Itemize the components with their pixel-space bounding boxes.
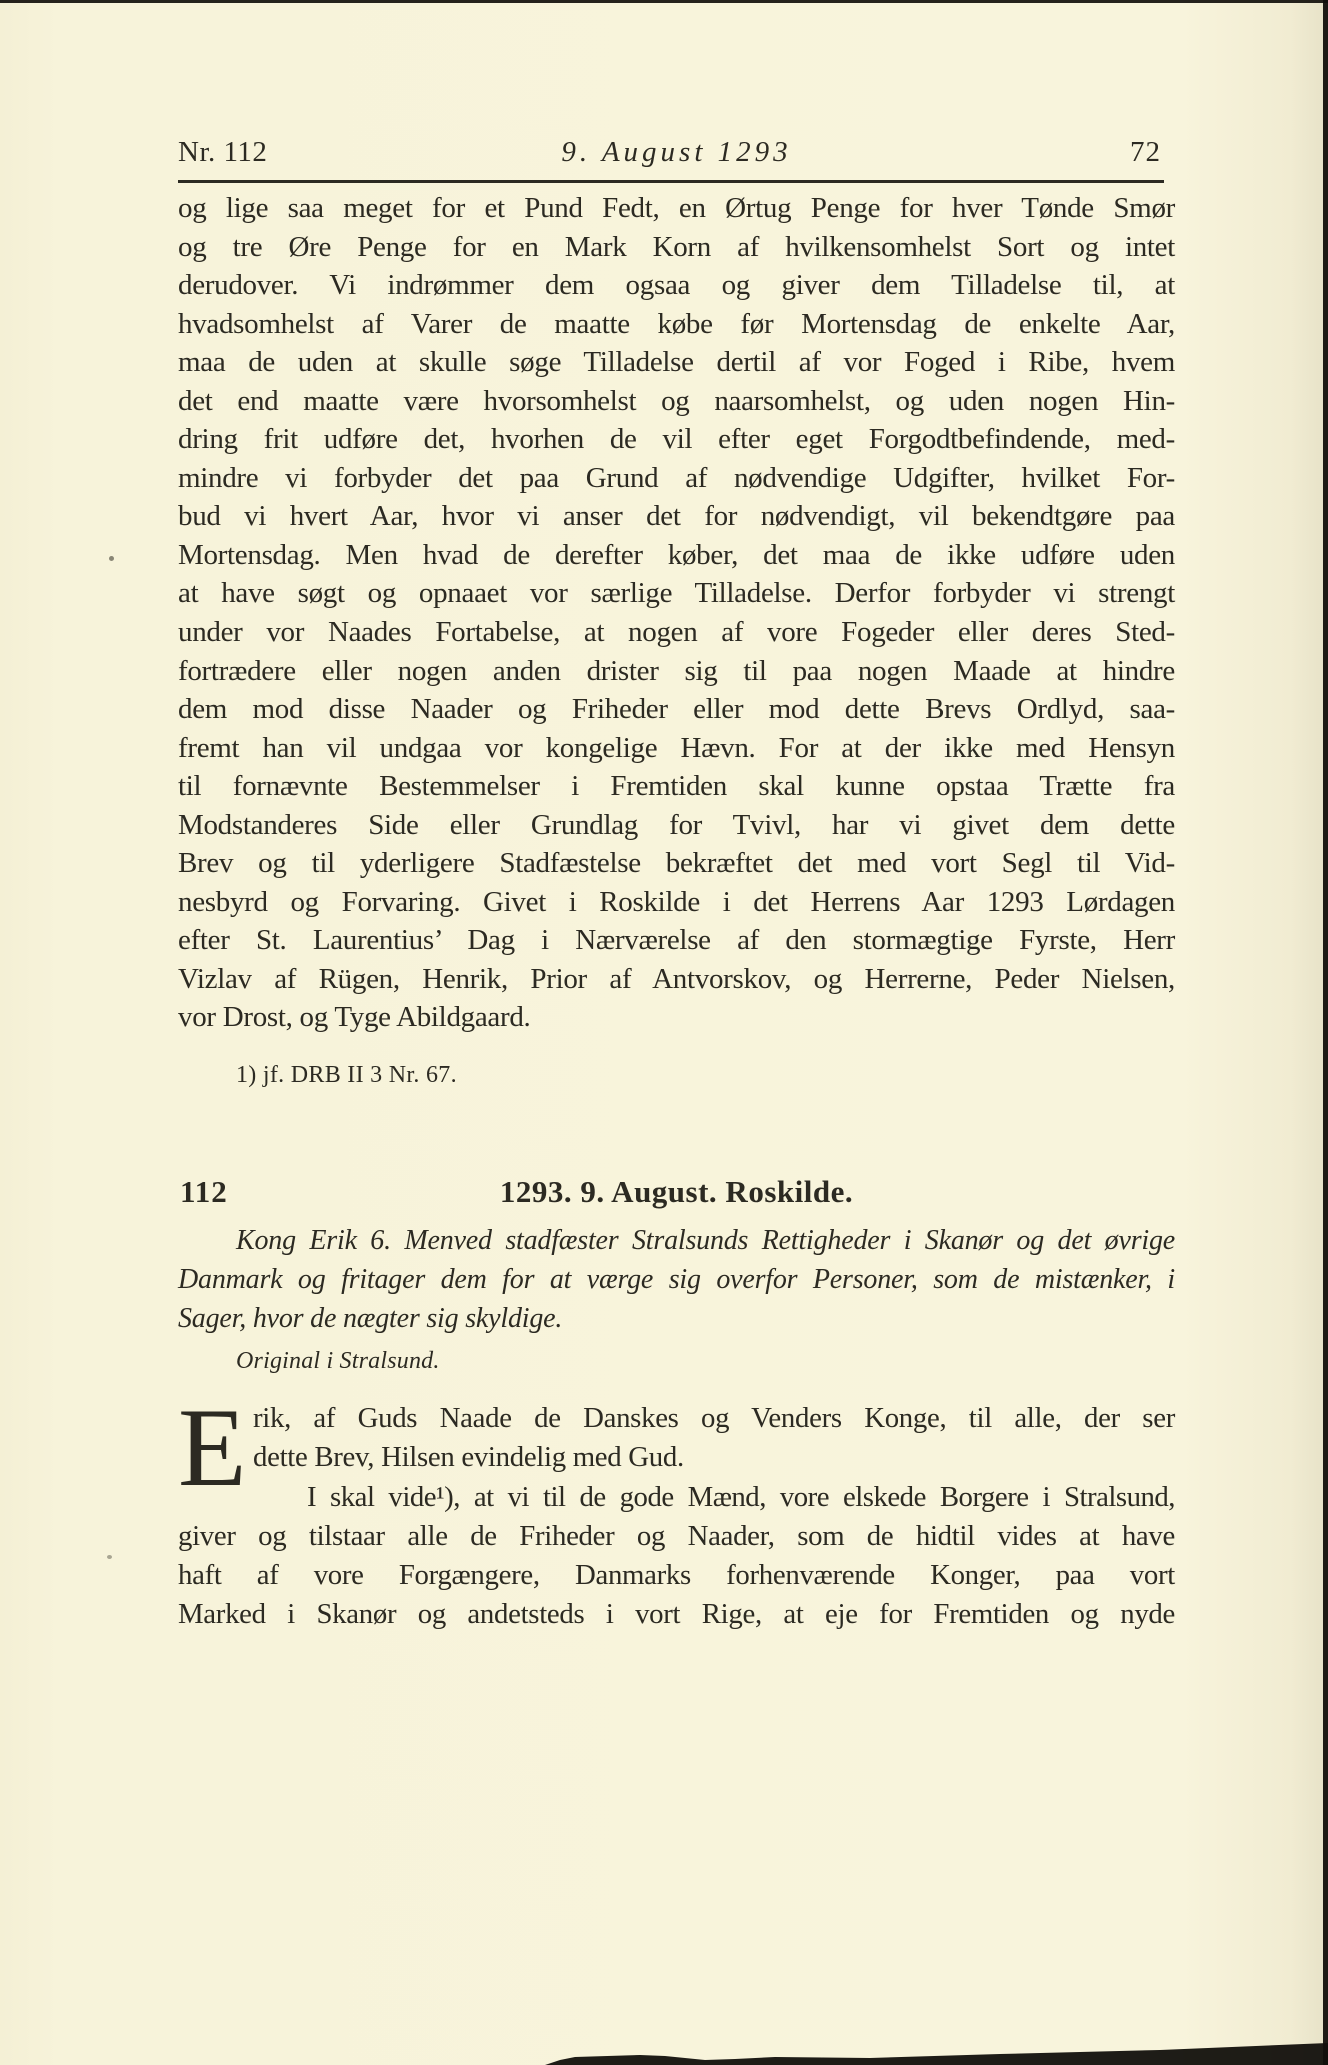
text-line: Brev og til yderligere Stadfæstelse bekr… bbox=[178, 844, 1175, 883]
text-line: rik, af Guds Naade de Danskes og Venders… bbox=[178, 1399, 1175, 1438]
text-line: vor Drost, og Tyge Abildgaard. bbox=[178, 998, 1175, 1037]
text-line: det end maatte være hvorsomhelst og naar… bbox=[178, 382, 1175, 421]
source-note: Original i Stralsund. bbox=[178, 1348, 1233, 1375]
text-line: hvadsomhelst af Varer de maatte købe før… bbox=[178, 305, 1175, 344]
text-line: til fornævnte Bestemmelser i Fremtiden s… bbox=[178, 767, 1175, 806]
text-line: at have søgt og opnaaet vor særlige Till… bbox=[178, 574, 1175, 613]
entry-summary: Kong Erik 6. Menved stadfæster Stralsund… bbox=[178, 1221, 1175, 1338]
text-line: Danmark og fritager dem for at værge sig… bbox=[178, 1260, 1175, 1299]
text-line: bud vi hvert Aar, hvor vi anser det for … bbox=[178, 497, 1175, 536]
text-line: maa de uden at skulle søge Tilladelse de… bbox=[178, 343, 1175, 382]
text-line: dem mod disse Naader og Friheder eller m… bbox=[178, 690, 1175, 729]
drop-cap-initial: E bbox=[178, 1399, 244, 1478]
letter-paragraph: E rik, af Guds Naade de Danskes og Vende… bbox=[178, 1399, 1175, 1635]
text-line: Marked i Skanør og andetsteds i vort Rig… bbox=[178, 1595, 1175, 1634]
text-line: mindre vi forbyder det paa Grund af nødv… bbox=[178, 459, 1175, 498]
text-line: Sager, hvor de nægter sig skyldige. bbox=[178, 1299, 1175, 1338]
text-line: Mortensdag. Men hvad de derefter køber, … bbox=[178, 536, 1175, 575]
scanned-book-page: Nr. 112 9. August 1293 72 og lige saa me… bbox=[0, 0, 1328, 2065]
header-page-number: 72 bbox=[1130, 136, 1161, 169]
scan-speck bbox=[109, 556, 114, 561]
text-line: giver og tilstaar alle de Friheder og Na… bbox=[178, 1517, 1175, 1556]
scan-edge-right bbox=[1323, 0, 1328, 2065]
text-line: under vor Naades Fortabelse, at nogen af… bbox=[178, 613, 1175, 652]
scan-speck bbox=[107, 1555, 112, 1559]
text-line: fremt han vil undgaa vor kongelige Hævn.… bbox=[178, 729, 1175, 768]
doc1-body-paragraph: og lige saa meget for et Pund Fedt, en Ø… bbox=[178, 189, 1175, 1037]
text-line: Vizlav af Rügen, Henrik, Prior af Antvor… bbox=[178, 960, 1175, 999]
text-line: I skal vide¹), at vi til de gode Mænd, v… bbox=[178, 1478, 1175, 1517]
entry-heading-row: 112 1293. 9. August. Roskilde. bbox=[178, 1174, 1175, 1214]
text-line: og lige saa meget for et Pund Fedt, en Ø… bbox=[178, 189, 1175, 228]
text-line: og tre Øre Penge for en Mark Korn af hvi… bbox=[178, 228, 1175, 267]
text-line: nesbyrd og Forvaring. Givet i Roskilde i… bbox=[178, 883, 1175, 922]
text-line: Kong Erik 6. Menved stadfæster Stralsund… bbox=[178, 1221, 1175, 1260]
scan-edge-bottom bbox=[0, 2000, 1328, 2065]
header-rule bbox=[178, 180, 1164, 183]
text-line: derudover. Vi indrømmer dem ogsaa og giv… bbox=[178, 266, 1175, 305]
scan-edge-top bbox=[0, 0, 1328, 3]
text-line: fortrædere eller nogen anden drister sig… bbox=[178, 652, 1175, 691]
page-header: Nr. 112 9. August 1293 72 bbox=[178, 136, 1175, 172]
entry-date-place: 1293. 9. August. Roskilde. bbox=[178, 1174, 1175, 1210]
text-line: Modstanderes Side eller Grundlag for Tvi… bbox=[178, 806, 1175, 845]
text-line: efter St. Laurentius’ Dag i Nærværelse a… bbox=[178, 921, 1175, 960]
text-line: haft af vore Forgængere, Danmarks forhen… bbox=[178, 1556, 1175, 1595]
text-line: dring frit udføre det, hvorhen de vil ef… bbox=[178, 420, 1175, 459]
doc1-footnote: 1) jf. DRB II 3 Nr. 67. bbox=[178, 1062, 1233, 1089]
header-running-date: 9. August 1293 bbox=[178, 136, 1175, 169]
text-line: dette Brev, Hilsen evindelig med Gud. bbox=[178, 1438, 1175, 1477]
